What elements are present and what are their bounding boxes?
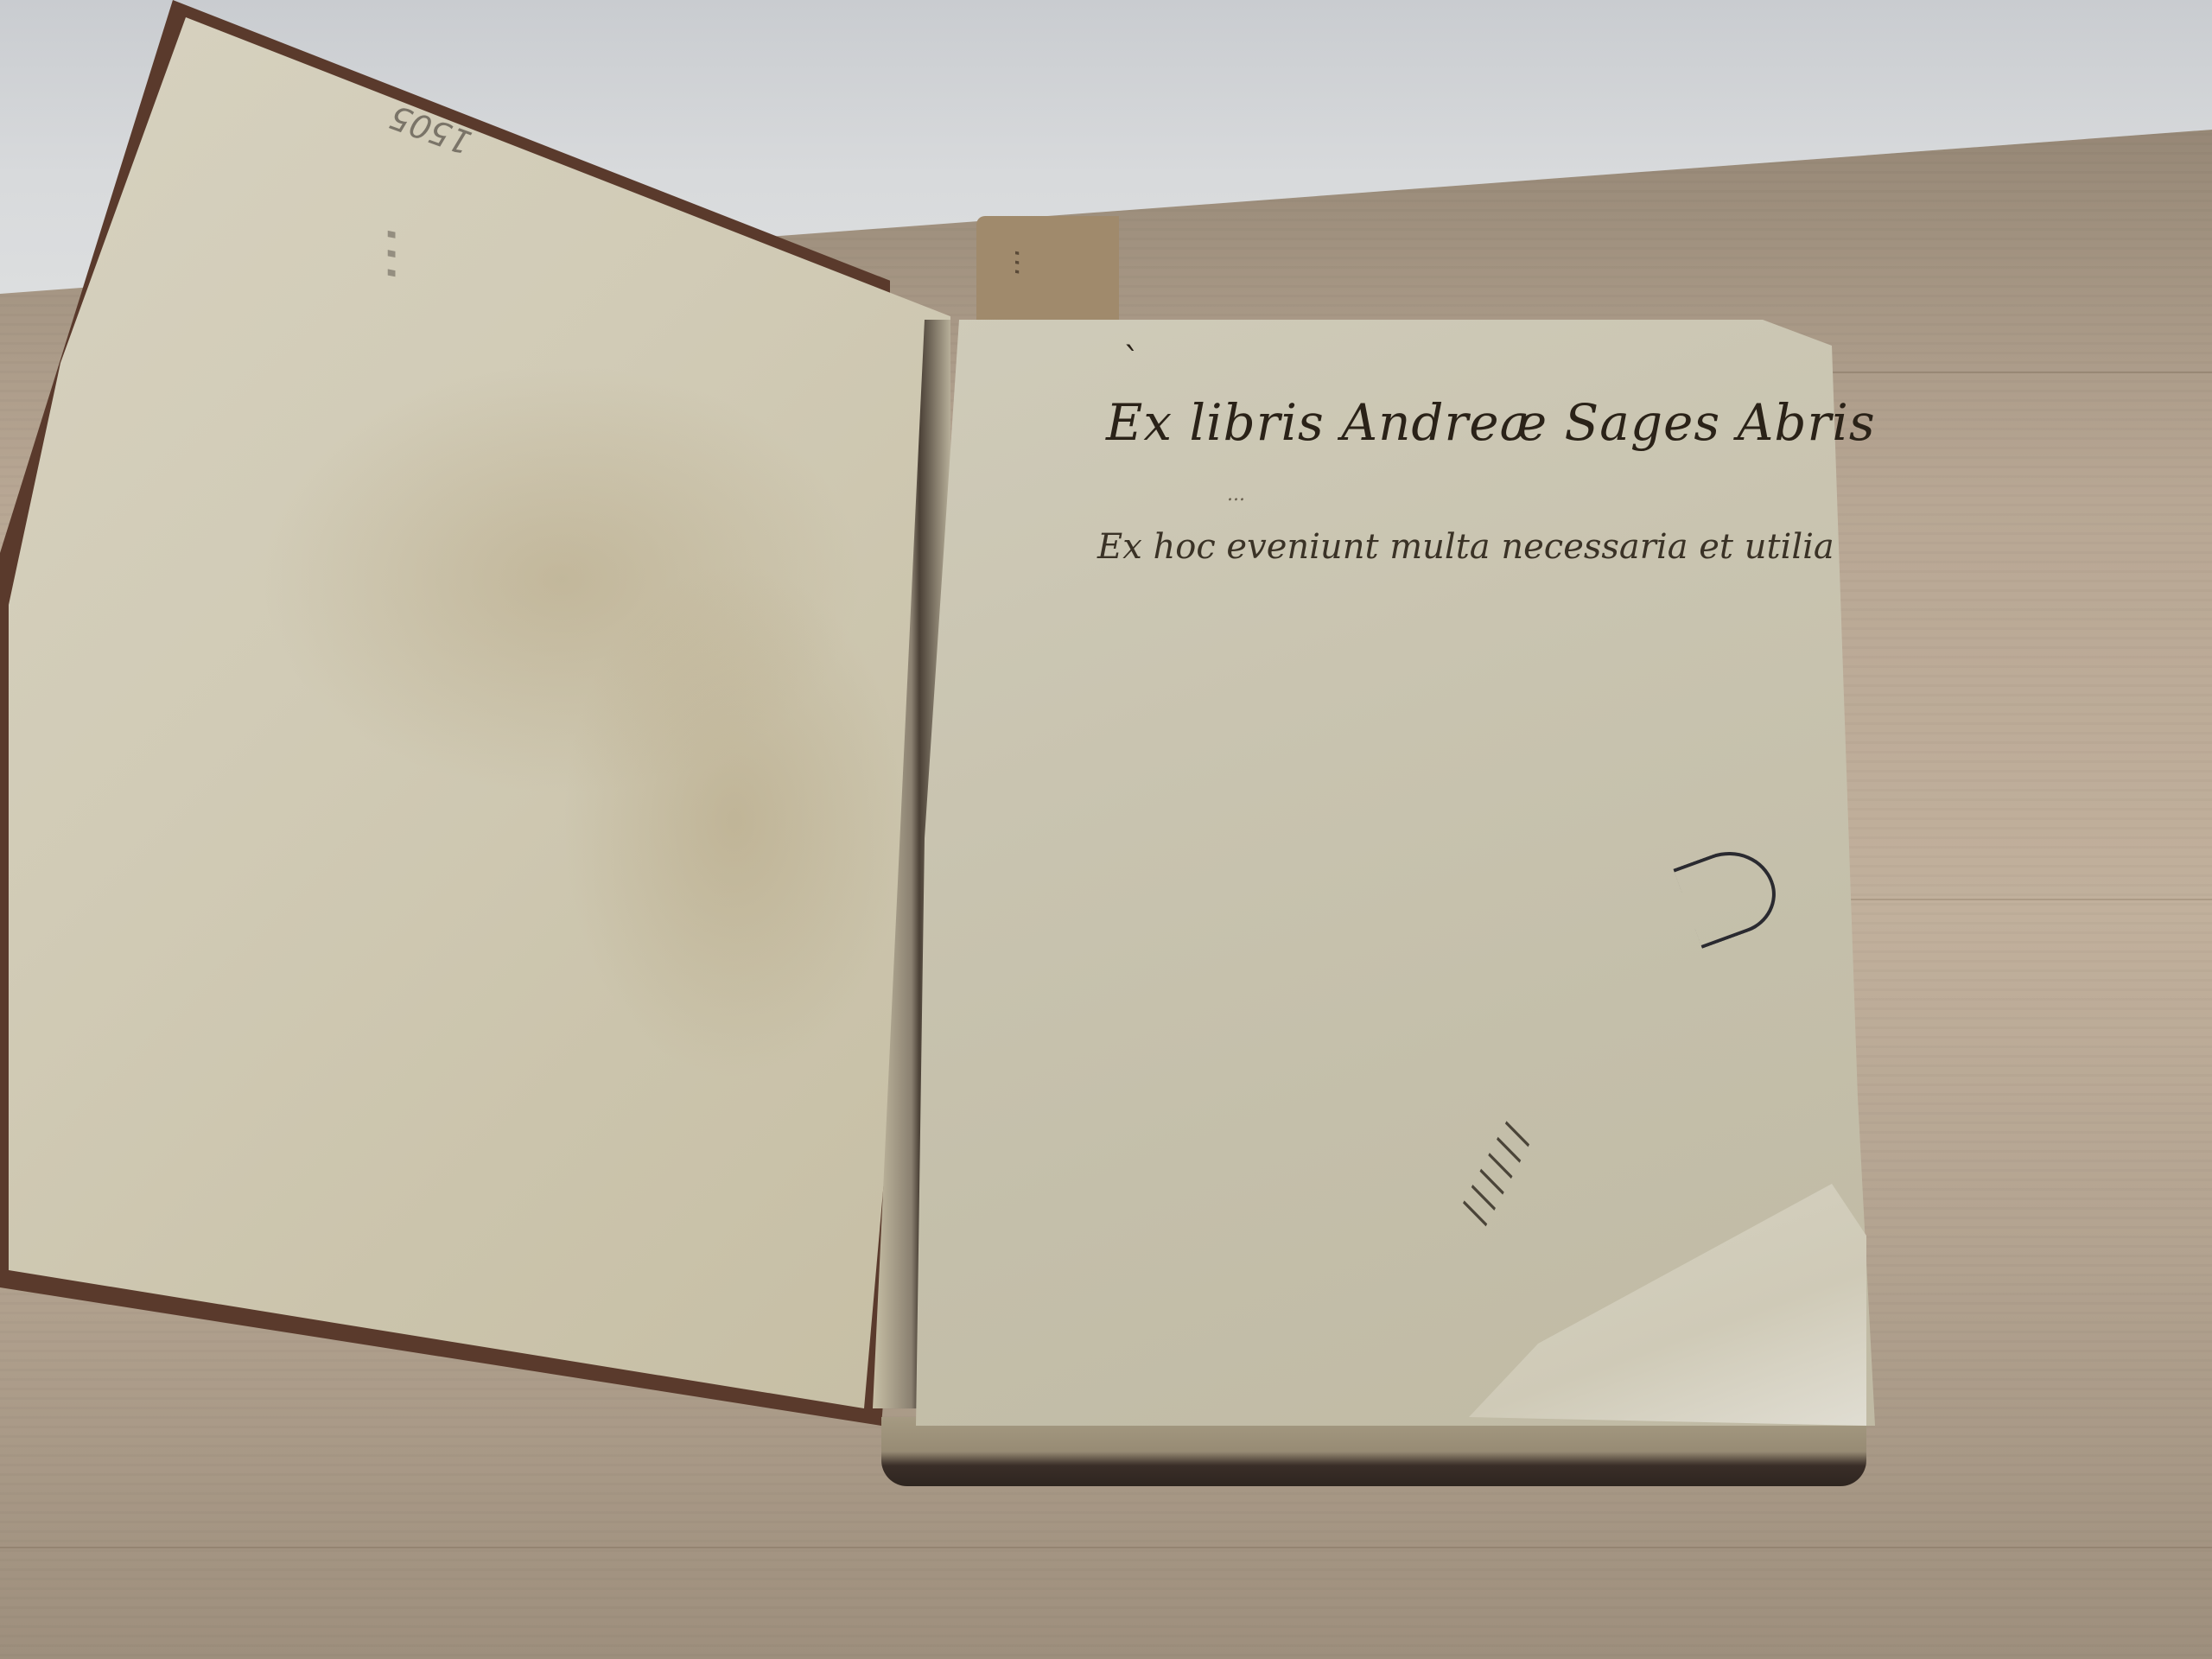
inscription-small-word: ... bbox=[1227, 484, 1245, 505]
shelf-tag-marking: ... bbox=[1007, 250, 1042, 277]
text-block-edge bbox=[881, 1417, 1866, 1486]
table-plank-seam bbox=[1797, 372, 2212, 373]
ink-accent-mark: ˋ bbox=[1123, 341, 1141, 381]
inscription-motto: Ex hoc eveniunt multa necessaria et util… bbox=[1097, 527, 1834, 567]
library-shelf-tag bbox=[976, 216, 1119, 328]
pencil-shelfmark: ... bbox=[339, 223, 410, 281]
water-stain bbox=[562, 562, 907, 1080]
table-plank-seam bbox=[1797, 899, 2212, 900]
table-plank-seam bbox=[0, 1547, 2212, 1548]
ex-libris-inscription: Ex libris Andreæ Sages Abris bbox=[1106, 393, 1876, 452]
